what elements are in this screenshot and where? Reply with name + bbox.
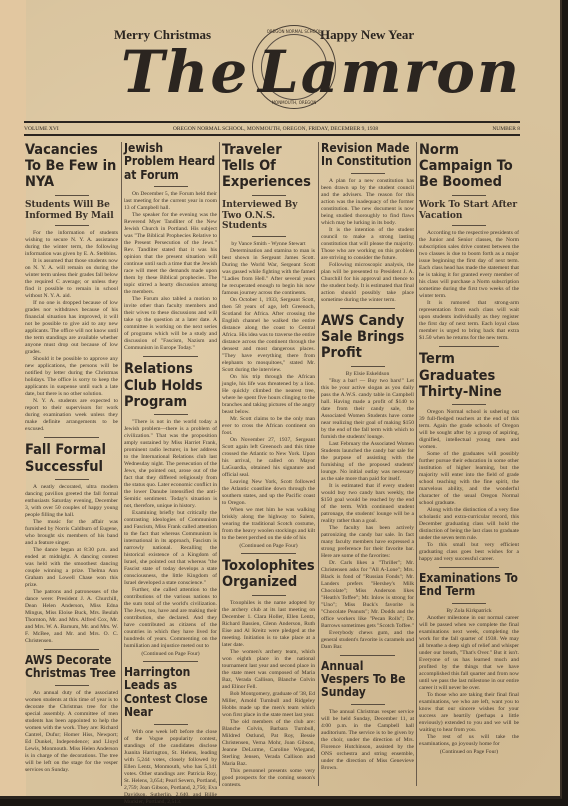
paragraph: The women's archery team, which won eigh…	[222, 649, 315, 691]
paragraph: The Forum also tabled a motion to invite…	[124, 296, 217, 352]
divider	[55, 195, 89, 196]
title-name: Lamron	[258, 38, 521, 106]
article-body-candy-sale: "Buy a bar! — Buy two bars!" Let this be…	[321, 378, 414, 651]
article-body-nya: For the information of students wishing …	[25, 230, 118, 433]
divider	[452, 603, 486, 604]
divider	[340, 655, 396, 656]
headline-graduates: Term Graduates Thirty-Nine	[419, 351, 519, 400]
paragraph: Toxophiles is the name adopted by the ar…	[222, 600, 315, 649]
headline-candy-sale: AWS Candy Sale Brings Profit	[321, 313, 414, 362]
divider	[452, 195, 486, 196]
paragraph: Everybody chews gum, and the general stu…	[321, 630, 414, 651]
paragraph: Leaving New York, Scott followed the Atl…	[222, 479, 315, 507]
divider	[241, 553, 297, 554]
column-3: Traveler Tells Of Experiences Interviewe…	[222, 142, 315, 789]
paragraph: The music for the affair was furnished b…	[25, 519, 118, 547]
headline-norm-campaign: Norm Campaign To Be Boomed	[419, 142, 519, 191]
divider	[55, 225, 89, 226]
divider	[154, 186, 188, 187]
paragraph: For the information of students wishing …	[25, 230, 118, 258]
article-body-jewish-problem: On December 5, the Forum held their last…	[124, 191, 217, 352]
byline-traveler: by Vance Smith - Wynne Stewart	[222, 241, 315, 248]
issue-number: NUMBER 8	[492, 126, 520, 132]
article-body-relations-club: "There is not in the world today a Jewis…	[124, 419, 217, 650]
article-body-fall-formal: A neatly decorated, ultra modern dancing…	[25, 484, 118, 645]
column-divider	[121, 142, 122, 786]
paragraph: On November 27, 1937, Sergeant Scott aga…	[222, 437, 315, 479]
paragraph: The rest of us will take the examination…	[419, 734, 519, 748]
divider	[154, 414, 188, 415]
article-body-aws-tree: An annual duty of the associated women s…	[25, 690, 118, 774]
divider	[351, 366, 385, 367]
headline-fall-formal: Fall Formal Successful	[25, 442, 118, 474]
paragraph: The patrons and patronesses of the dance…	[25, 589, 118, 645]
paragraph: It is the intention of the student counc…	[321, 227, 414, 262]
page-margin	[0, 0, 26, 796]
divider	[252, 195, 286, 196]
paragraph: Along with the distinction of a very fin…	[419, 507, 519, 542]
paragraph: On his trip through the African jungle, …	[222, 374, 315, 416]
column-5: Norm Campaign To Be Boomed Work To Start…	[419, 142, 519, 755]
paragraph: To those who are taking their final fina…	[419, 692, 519, 734]
paragraph: This personnel presents some very good p…	[222, 768, 315, 789]
divider	[55, 479, 89, 480]
paragraph: The old members of the club are: Blanche…	[222, 719, 315, 768]
article-body-examinations: Another milestone in our normal career w…	[419, 615, 519, 748]
divider	[143, 661, 199, 662]
divider	[439, 346, 499, 347]
paragraph: N. Y. A. students are expected to report…	[25, 398, 118, 433]
divider	[44, 437, 100, 438]
paragraph: An annual duty of the associated women s…	[25, 690, 118, 774]
subhead-traveler: Interviewed By Two O.N.S. Students	[222, 200, 315, 232]
divider	[351, 173, 385, 174]
paragraph: To this small but very efficient graduat…	[419, 542, 519, 563]
divider	[44, 649, 100, 650]
divider	[439, 567, 499, 568]
headline-examinations: Examinations To End Term	[419, 572, 519, 599]
headline-relations-club: Relations Club Holds Program	[124, 361, 217, 410]
masthead-rule-top	[24, 121, 520, 123]
paragraph: A neatly decorated, ultra modern dancing…	[25, 484, 118, 519]
paragraph: A plan for a new constitution has been d…	[321, 178, 414, 227]
article-body-revision: A plan for a new constitution has been d…	[321, 178, 414, 304]
volume-label: VOLUME XVI	[24, 126, 59, 132]
article-body-norm-campaign: According to the respective presidents o…	[419, 230, 519, 342]
paragraph: If no one is dropped because of low grad…	[25, 300, 118, 356]
paragraph: It is rumored that strong-arm representa…	[419, 300, 519, 342]
paragraph: The faculty has been actively patronizin…	[321, 525, 414, 560]
column-divider	[318, 142, 319, 786]
headline-nya: Vacancies To Be Few in NYA	[25, 142, 118, 191]
paragraph: Following microscopic analysis, the plan…	[321, 262, 414, 304]
paragraph: Determination and stamina to man is best…	[222, 248, 315, 297]
article-body-vespers: The annual Christmas vesper service will…	[321, 709, 414, 772]
paragraph: On October 1, 1933, Sergeant Scott, then…	[222, 297, 315, 374]
seal-top-text: OREGON NORMAL SCHOOL	[253, 29, 335, 34]
dateline: OREGON NORMAL SCHOOL, MONMOUTH, OREGON, …	[173, 126, 378, 132]
paragraph: Another milestone in our normal career w…	[419, 615, 519, 692]
article-body-graduates: Oregon Normal school is ushering out 39 …	[419, 409, 519, 563]
divider	[143, 356, 199, 357]
divider	[452, 225, 486, 226]
headline-vespers: Annual Vespers To Be Sunday	[321, 660, 414, 700]
article-body-traveler: Determination and stamina to man is best…	[222, 248, 315, 542]
paragraph: With one week left before the close of t…	[124, 729, 217, 800]
paragraph: Oregon Normal school is ushering out 39 …	[419, 409, 519, 451]
continued-notice: (Continued on Page Four)	[419, 749, 519, 755]
headline-aws-tree: AWS Decorate Christmas Tree	[25, 654, 118, 681]
title-the: The	[121, 38, 249, 106]
divider	[452, 404, 486, 405]
subhead-norm-campaign: Work To Start After Vacation	[419, 200, 519, 222]
column-1: Vacancies To Be Few in NYA Students Will…	[25, 142, 118, 774]
divider	[55, 685, 89, 686]
article-body-harrington: With one week left before the close of t…	[124, 729, 217, 800]
subhead-nya: Students Will Be Informed By Mail	[25, 200, 118, 222]
paragraph: Should it be possible to approve any new…	[25, 356, 118, 398]
divider	[252, 595, 286, 596]
headline-jewish-problem: Jewish Problem Heard at Forum	[124, 142, 217, 182]
column-divider	[416, 142, 417, 786]
paragraph: "There is not in the world today a Jewis…	[124, 419, 217, 510]
column-2: Jewish Problem Heard at Forum On Decembe…	[124, 142, 217, 800]
continued-notice: (Continued on Page Four)	[124, 651, 217, 657]
column-divider	[219, 142, 220, 786]
article-body-toxophilites: Toxophiles is the name adopted by the ar…	[222, 600, 315, 789]
headline-revision: Revision Made In Constitution	[321, 142, 414, 169]
headline-toxophilites: Toxolophites Organized	[222, 558, 315, 590]
divider	[351, 704, 385, 705]
column-4: Revision Made In Constitution A plan for…	[321, 142, 414, 772]
headline-harrington: Harrington Leads as Contest Close Near	[124, 666, 217, 720]
masthead-rule-bottom	[24, 134, 520, 136]
paragraph: Further, she called attention to the con…	[124, 587, 217, 650]
divider	[252, 236, 286, 237]
paragraph: The speaker for the evening was the Reve…	[124, 212, 217, 296]
paragraph: The annual Christmas vesper service will…	[321, 709, 414, 772]
paragraph: Bob Montgomery, graduate of '38, Ed Mill…	[222, 691, 315, 719]
paragraph: "Buy a bar! — Buy two bars!" Let this be…	[321, 378, 414, 441]
paragraph: Examining briefly but critically the con…	[124, 510, 217, 587]
headline-traveler: Traveler Tells Of Experiences	[222, 142, 315, 191]
divider	[340, 308, 396, 309]
paragraph: On December 5, the Forum held their last…	[124, 191, 217, 212]
newspaper-page: Merry Christmas Happy New Year The OREGO…	[0, 0, 562, 799]
paragraph: When we met him he was walking briskly a…	[222, 507, 315, 542]
byline-candy-sale: By Elsie Eskeldson	[321, 371, 414, 378]
paragraph: Some of the graduates will possibly furt…	[419, 451, 519, 507]
paragraph: It is assumed that those students now on…	[25, 258, 118, 300]
paragraph: According to the respective presidents o…	[419, 230, 519, 300]
paragraph: Dr. Carls likes a "Thriller"; Mr. Christ…	[321, 560, 414, 630]
continued-notice: (Continued on Page Four)	[222, 543, 315, 549]
paragraph: It is estimated that if every student wo…	[321, 483, 414, 525]
paragraph: Last February the Associated Women Stude…	[321, 441, 414, 483]
info-bar: VOLUME XVI OREGON NORMAL SCHOOL, MONMOUT…	[24, 124, 520, 133]
paragraph: Mr. Scott claims to be the only man ever…	[222, 416, 315, 437]
divider	[154, 724, 188, 725]
masthead: Merry Christmas Happy New Year The OREGO…	[26, 0, 560, 130]
paragraph: The dance began at 8:30 p.m. and ended a…	[25, 547, 118, 589]
byline-examinations: By Zola Kirkpatrick	[419, 608, 519, 615]
